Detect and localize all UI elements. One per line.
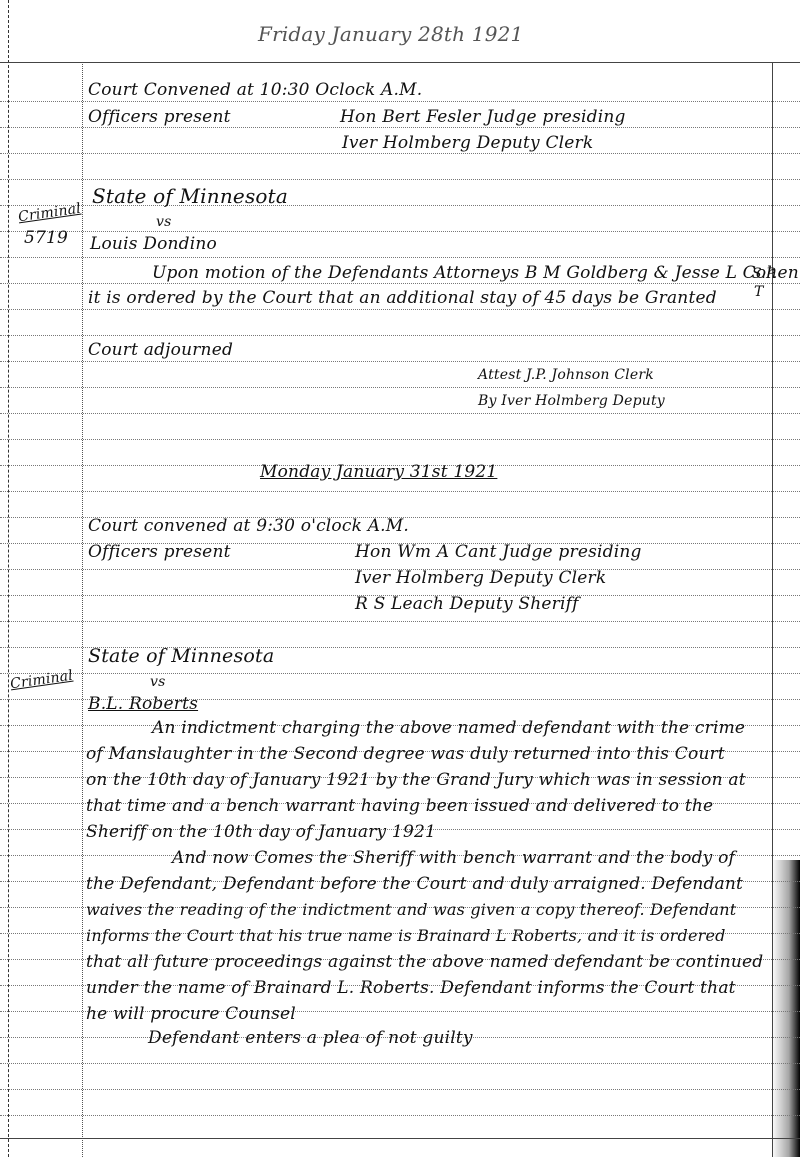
entry1-margin-note: S.P. <box>752 266 777 282</box>
entry1-plaintiff: State of Minnesota <box>92 184 288 208</box>
entry1-convened: Court Convened at 10:30 Oclock A.M. <box>88 80 422 100</box>
ruled-line <box>0 179 800 180</box>
ruled-line <box>0 1089 800 1090</box>
ruled-line <box>0 231 800 232</box>
ruled-line <box>0 309 800 310</box>
ruled-line <box>0 153 800 154</box>
entry1-margin-note: T <box>754 284 764 300</box>
entry2-defendant: B.L. Roberts <box>88 694 198 714</box>
entry1-case-number: 5719 <box>24 228 68 248</box>
entry2-officer-sheriff: R S Leach Deputy Sheriff <box>355 594 579 614</box>
ruled-line <box>0 1138 800 1139</box>
ruled-line <box>0 1115 800 1116</box>
scan-edge-shadow <box>772 860 800 1157</box>
entry1-attest-deputy: By Iver Holmberg Deputy <box>478 393 665 409</box>
ruled-line <box>0 335 800 336</box>
entry1-officer-clerk: Iver Holmberg Deputy Clerk <box>342 133 593 153</box>
entry2-officer-clerk: Iver Holmberg Deputy Clerk <box>355 568 606 588</box>
entry2-body-line: of Manslaughter in the Second degree was… <box>86 744 725 764</box>
ruled-line <box>0 283 800 284</box>
ruled-line <box>0 621 800 622</box>
entry1-vs: vs <box>156 214 172 230</box>
entry2-convened: Court convened at 9:30 o'clock A.M. <box>88 516 409 536</box>
entry2-body-line: informs the Court that his true name is … <box>86 926 726 945</box>
entry2-body-line: that time and a bench warrant having bee… <box>86 796 713 816</box>
entry1-defendant: Louis Dondino <box>90 234 217 254</box>
page-left-edge <box>8 0 9 1157</box>
entry2-body-line: Sheriff on the 10th day of January 1921 <box>86 822 436 842</box>
margin-rule <box>82 62 83 1157</box>
entry2-body-line: An indictment charging the above named d… <box>152 718 745 738</box>
ruled-line <box>0 127 800 128</box>
ruled-line <box>0 491 800 492</box>
ruled-line <box>0 673 800 674</box>
entry2-body-line: waives the reading of the indictment and… <box>86 900 736 919</box>
ruled-line <box>0 361 800 362</box>
entry2-body-line: the Defendant, Defendant before the Cour… <box>86 874 743 894</box>
entry2-plaintiff: State of Minnesota <box>88 645 274 667</box>
entry1-body-line: it is ordered by the Court that an addit… <box>88 288 717 308</box>
entry2-officers-label: Officers present <box>88 542 231 562</box>
entry1-attest: Attest J.P. Johnson Clerk <box>478 367 654 383</box>
entry1-adjourned: Court adjourned <box>88 340 233 360</box>
entry2-body-line: And now Comes the Sheriff with bench war… <box>172 848 735 868</box>
entry2-vs: vs <box>150 674 166 690</box>
entry2-body-line: that all future proceedings against the … <box>86 952 763 972</box>
entry1-body-line: Upon motion of the Defendants Attorneys … <box>152 263 799 283</box>
entry2-margin-label: Criminal <box>9 668 74 693</box>
entry2-body-line: under the name of Brainard L. Roberts. D… <box>86 978 736 998</box>
entry1-officers-label: Officers present <box>88 107 231 127</box>
entry2-date: Monday January 31st 1921 <box>260 462 497 482</box>
ruled-line <box>0 387 800 388</box>
ruled-line <box>0 62 800 63</box>
ruled-line <box>0 257 800 258</box>
ruled-line <box>0 1063 800 1064</box>
header-date: Friday January 28th 1921 <box>258 22 523 46</box>
entry1-officer-judge: Hon Bert Fesler Judge presiding <box>340 107 626 127</box>
ruled-line <box>0 413 800 414</box>
ruled-line <box>0 101 800 102</box>
entry2-body-line: he will procure Counsel <box>86 1004 296 1024</box>
entry2-officer-judge: Hon Wm A Cant Judge presiding <box>355 542 642 562</box>
ruled-line <box>0 439 800 440</box>
entry2-body-line: Defendant enters a plea of not guilty <box>148 1028 473 1048</box>
ledger-page: Friday January 28th 1921 Court Convened … <box>0 0 800 1157</box>
entry2-body-line: on the 10th day of January 1921 by the G… <box>86 770 746 790</box>
